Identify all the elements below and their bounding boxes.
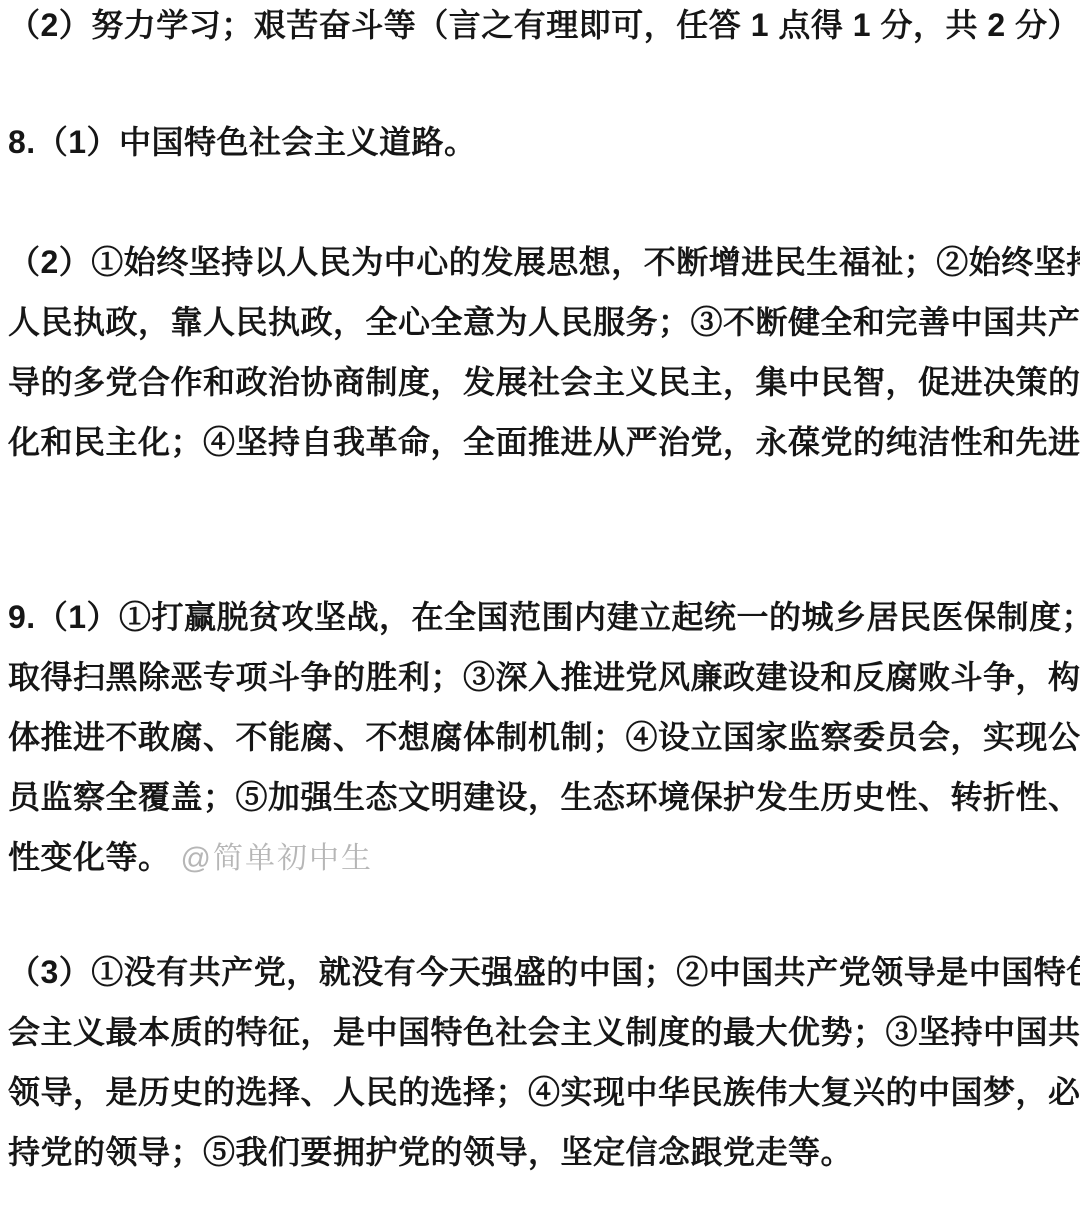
- text-line: 会主义最本质的特征，是中国特色社会主义制度的最大优势；③坚持中国共产党: [0, 1002, 1080, 1062]
- text-line: 持党的领导；⑤我们要拥护党的领导，坚定信念跟党走等。: [0, 1122, 1080, 1182]
- answer-7-part2: （2）努力学习；艰苦奋斗等（言之有理即可，任答 1 点得 1 分，共 2 分）: [0, 0, 1080, 55]
- answer-8-part1: 8.（1）中国特色社会主义道路。: [0, 112, 1080, 172]
- text-line: 体推进不敢腐、不能腐、不想腐体制机制；④设立国家监察委员会，实现公职人: [0, 707, 1080, 767]
- text-line: （2）①始终坚持以人民为中心的发展思想，不断增进民生福祉；②始终坚持为: [0, 232, 1080, 292]
- text-line: 导的多党合作和政治协商制度，发展社会主义民主，集中民智，促进决策的科学: [0, 352, 1080, 412]
- answer-sheet-page: （2）努力学习；艰苦奋斗等（言之有理即可，任答 1 点得 1 分，共 2 分） …: [0, 0, 1080, 1213]
- text-line: 化和民主化；④坚持自我革命，全面推进从严治党，永葆党的纯洁性和先进性等。: [0, 412, 1080, 472]
- answer-9-part3: （3）①没有共产党，就没有今天强盛的中国；②中国共产党领导是中国特色社 会主义最…: [0, 942, 1080, 1182]
- text-line: 员监察全覆盖；⑤加强生态文明建设，生态环境保护发生历史性、转折性、全局: [0, 767, 1080, 827]
- answer-9-part1: 9.（1）①打赢脱贫攻坚战，在全国范围内建立起统一的城乡居民医保制度；② 取得扫…: [0, 587, 1080, 889]
- text-line: 性变化等。@简单初中生: [0, 827, 1080, 889]
- watermark-jiandanchuzhongsheng: @简单初中生: [171, 842, 373, 875]
- text-line: （3）①没有共产党，就没有今天强盛的中国；②中国共产党领导是中国特色社: [0, 942, 1080, 1002]
- answer-8-part2: （2）①始终坚持以人民为中心的发展思想，不断增进民生福祉；②始终坚持为 人民执政…: [0, 232, 1080, 472]
- text-line: 人民执政，靠人民执政，全心全意为人民服务；③不断健全和完善中国共产党领: [0, 292, 1080, 352]
- text-line: 领导，是历史的选择、人民的选择；④实现中华民族伟大复兴的中国梦，必须坚: [0, 1062, 1080, 1122]
- answer-9-part1-last-text: 性变化等。: [8, 839, 171, 875]
- text-line: 取得扫黑除恶专项斗争的胜利；③深入推进党风廉政建设和反腐败斗争，构建一: [0, 647, 1080, 707]
- text-line: 9.（1）①打赢脱贫攻坚战，在全国范围内建立起统一的城乡居民医保制度；②: [0, 587, 1080, 647]
